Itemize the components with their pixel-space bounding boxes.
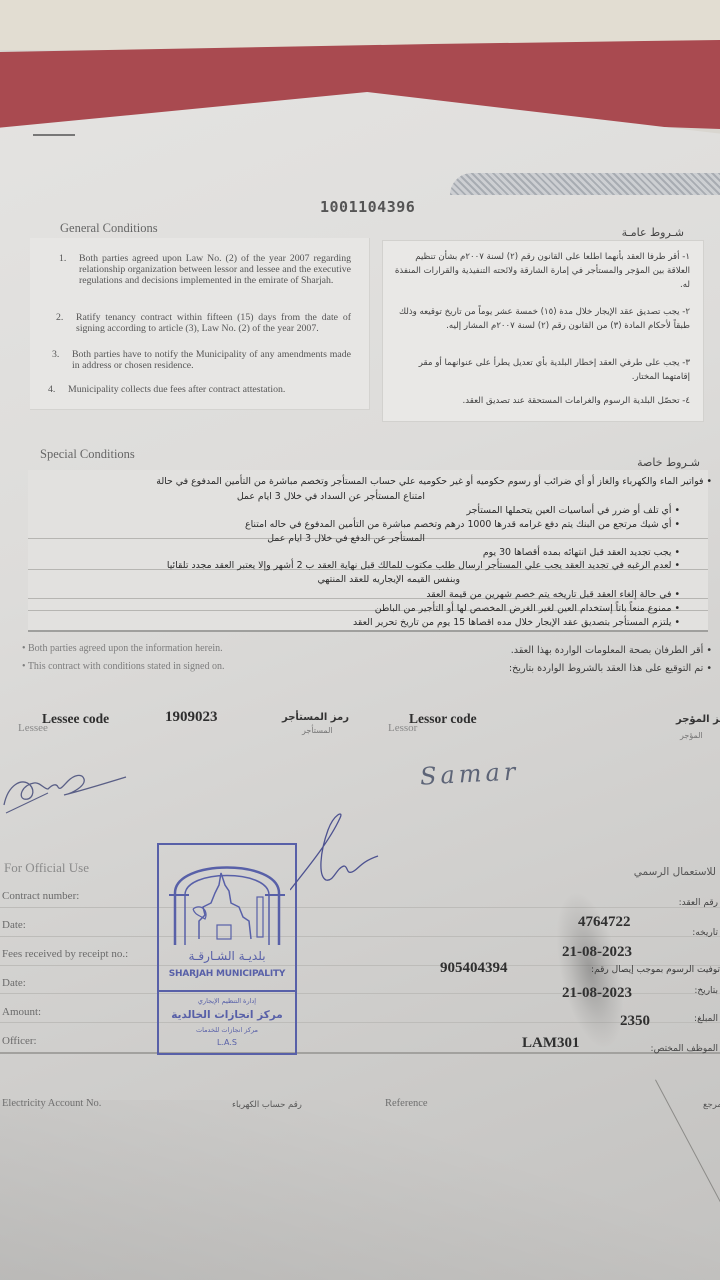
special-condition-line: امتناع المستأجر عن السداد في خلال 3 ايام…: [237, 491, 425, 502]
official-use-title: For Official Use: [4, 860, 89, 876]
lessee-sub-label: Lessee: [18, 722, 48, 734]
special-condition-line: • أي شيك مرتجع من البنك يتم دفع غرامه قد…: [245, 519, 680, 530]
stamp-sub: مركز انجازات للخدمات: [159, 1026, 295, 1034]
stamp-code: L.A.S: [159, 1038, 295, 1047]
condition-number: 4.: [48, 384, 55, 395]
general-condition-1: 1. Both parties agreed upon Law No. (2) …: [79, 253, 351, 286]
lessor-code-label-ar: رمز المؤجر: [676, 714, 720, 725]
lessor-sub-label-ar: المؤجر: [680, 731, 703, 740]
general-conditions-title-ar: شـروط عامـة: [622, 226, 684, 239]
condition-text: Both parties have to notify the Municipa…: [72, 349, 351, 371]
electricity-account-label-ar: رقم حساب الكهرباء: [232, 1100, 302, 1110]
footnote-signed-on: • This contract with conditions stated i…: [22, 661, 224, 672]
general-conditions-title: General Conditions: [60, 221, 158, 236]
reference-label: Reference: [385, 1098, 428, 1109]
general-condition-4: 4. Municipality collects due fees after …: [68, 384, 351, 395]
general-condition-ar-1: ١- أقر طرفا العقد بأنهما اطلعا على القان…: [390, 250, 690, 292]
municipality-arch-logo-icon: [159, 845, 295, 949]
footnote-agreement-ar: • أقر الطرفان بصحة المعلومات الواردة بهذ…: [511, 645, 712, 656]
general-condition-ar-3: ٣- يجب على طرفي العقد إخطار البلدية بأي …: [390, 356, 690, 384]
officer-signature: [290, 810, 380, 900]
special-condition-line: • فواتير الماء والكهرباء والغاز أو أي ضر…: [156, 476, 712, 487]
stamp-name-en: SHARJAH MUNICIPALITY: [159, 969, 295, 979]
divider: [0, 1052, 720, 1054]
condition-text: Municipality collects due fees after con…: [68, 384, 285, 395]
sharjah-municipality-stamp: بلديـة الشـارقـة SHARJAH MUNICIPALITY إد…: [157, 843, 297, 1055]
stamp-center: مركز انجازات الخالدية: [149, 1009, 305, 1021]
amount-label: Amount:: [2, 1006, 41, 1018]
paper-shadow: [0, 1100, 720, 1280]
receipt-date-label-ar: بتاريخ:: [694, 986, 718, 996]
general-condition-3: 3. Both parties have to notify the Munic…: [72, 349, 351, 371]
contract-serial-number: 1001104396: [320, 198, 415, 216]
special-condition-line: • ممنوع منعاً باتاً إستخدام العين لغير ا…: [375, 603, 680, 614]
condition-number: 3.: [52, 349, 59, 360]
condition-number: 1.: [59, 253, 66, 264]
special-condition-line: • لعدم الرغبه في تجديد العقد يجب علي الم…: [167, 560, 680, 571]
lessee-signature: [0, 755, 140, 815]
footnote-signed-on-ar: • تم التوقيع على هذا العقد بالشروط الوار…: [509, 663, 712, 674]
special-conditions-title: Special Conditions: [40, 447, 135, 462]
lessor-code-label: Lessor code: [409, 711, 477, 727]
lessor-signature: Samar: [419, 757, 520, 790]
special-condition-line: وبنفس القيمه الإيجاريه للعقد المنتهي: [317, 574, 460, 585]
lessee-code-value: 1909023: [165, 709, 218, 726]
amount-label-ar: المبلغ:: [694, 1014, 718, 1024]
divider: [0, 907, 720, 908]
special-condition-line: المستأجر عن الدفع في خلال 3 ايام عمل: [267, 533, 425, 544]
reference-label-ar: مرجع: [702, 1100, 720, 1110]
lessee-code-label: Lessee code: [42, 711, 109, 727]
officer-label-ar: الموظف المختص:: [651, 1044, 718, 1054]
receipt-number-value: 905404394: [440, 960, 508, 977]
condition-number: 2.: [56, 312, 63, 323]
pen-mark: [33, 134, 75, 136]
general-condition-2: 2. Ratify tenancy contract within fiftee…: [76, 312, 351, 334]
official-use-title-ar: للاستعمال الرسمي: [634, 866, 716, 878]
officer-value: LAM301: [522, 1035, 580, 1052]
lessee-code-label-ar: رمز المستأجر: [282, 712, 349, 723]
contract-date-label: Date:: [2, 919, 26, 931]
contract-number-label-ar: رقم العقد:: [679, 898, 718, 908]
electricity-account-label: Electricity Account No.: [2, 1098, 101, 1109]
footnote-agreement: • Both parties agreed upon the informati…: [22, 643, 223, 654]
special-condition-line: • يجب تجديد العقد قبل انتهائه بمده أقصاه…: [483, 547, 680, 558]
special-condition-line: • أي تلف أو ضرر في أساسيات العين يتحملها…: [466, 505, 680, 516]
stamp-name-ar: بلديـة الشـارقـة: [159, 949, 295, 963]
special-conditions-title-ar: شـروط خاصة: [637, 456, 700, 469]
receipt-number-label: Fees received by receipt no.:: [2, 948, 128, 960]
receipt-date-label: Date:: [2, 977, 26, 989]
contract-date-label-ar: تاريخه:: [692, 928, 718, 938]
contract-number-label: Contract number:: [2, 890, 79, 902]
general-condition-ar-4: ٤- تحصّل البلدية الرسوم والغرامات المستح…: [390, 394, 690, 408]
stamp-logo-area: بلديـة الشـارقـة SHARJAH MUNICIPALITY: [159, 845, 295, 992]
condition-text: Both parties agreed upon Law No. (2) of …: [79, 253, 351, 286]
special-condition-line: • في حالة إلغاء العقد قبل تاريخه يتم خصم…: [426, 589, 680, 600]
general-condition-ar-2: ٢- يجب تصديق عقد الإيجار خلال مدة (١٥) خ…: [390, 305, 690, 333]
lessee-sub-label-ar: المستأجر: [302, 726, 333, 735]
special-condition-line: • يلتزم المستأجر بتصديق عقد الإيجار خلال…: [353, 617, 680, 628]
security-pattern: [450, 173, 720, 195]
lessor-sub-label: Lessor: [388, 722, 417, 734]
condition-text: Ratify tenancy contract within fifteen (…: [76, 312, 351, 334]
stamp-department: إدارة التنظيم الإيجاري: [159, 997, 295, 1005]
officer-label: Officer:: [2, 1035, 37, 1047]
